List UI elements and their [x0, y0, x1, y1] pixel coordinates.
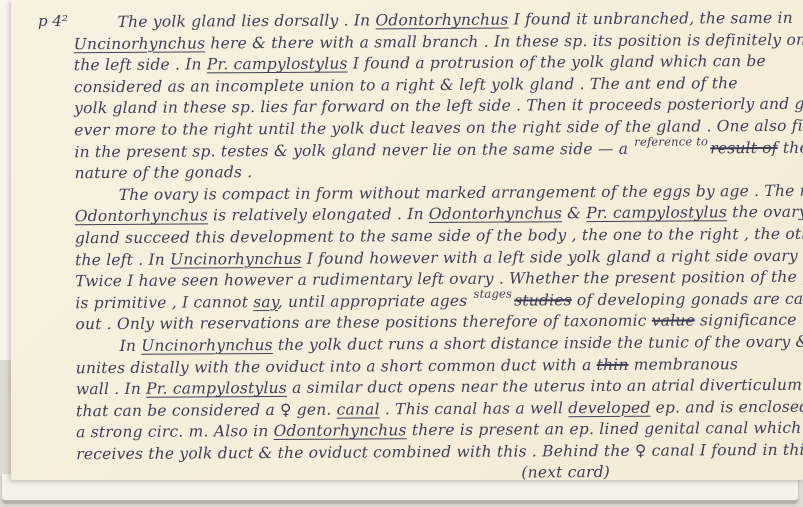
underlined-text: Uncinorhynchus [74, 34, 206, 53]
handwriting-text: here & there with a small branch . In th… [205, 30, 803, 52]
handwriting-text: the left . In [75, 250, 170, 269]
handwriting-text: the ovary & yolk [727, 203, 803, 222]
underlined-text: Odontorhynchus [375, 11, 508, 30]
handwriting-text: a similar duct opens near the uterus int… [287, 376, 802, 397]
handwritten-line: in the present sp. testes & yolk gland n… [74, 137, 798, 163]
underlined-text: Pr. campylostylus [586, 204, 727, 223]
handwriting-text: ep. and is enclosed in [650, 397, 803, 416]
handwriting-text: Twice I have seen however a rudimentary … [75, 268, 803, 291]
struck-out-word: value [652, 312, 695, 330]
underlined-text: Odontorhynchus [75, 207, 208, 226]
handwriting-text: significance . [695, 311, 803, 330]
underlined-text: Uncinorhynchus [141, 336, 273, 355]
handwriting-text: there is present an ep. lined genital ca… [407, 419, 803, 440]
next-card-note: (next card) [521, 463, 610, 482]
handwriting-text: The ovary is compact in form without mar… [119, 181, 803, 204]
handwriting-text: In [120, 337, 142, 355]
handwriting-text: of developing gonads are carried [572, 289, 803, 309]
handwriting-text: the fact of the unpaired [778, 137, 803, 156]
underlined-text: Odontorhynchus [429, 205, 562, 224]
struck-out-word: result of [710, 138, 778, 156]
handwriting-text: yolk gland in these sp. lies far forward… [74, 95, 803, 118]
handwriting-text: the yolk duct runs a short distance insi… [273, 333, 803, 354]
handwriting-text: I found it unbranched, the same in [508, 9, 792, 29]
underlined-text: developed [568, 398, 650, 417]
handwriting-text: . This canal has a well [380, 399, 569, 418]
handwriting-text: membranous [629, 355, 739, 374]
underlined-text: canal [337, 400, 380, 418]
handwriting-text: I found a protrusion of the yolk gland w… [348, 52, 766, 73]
inserted-correction: stages [473, 288, 512, 298]
struck-out-word: thin [597, 355, 629, 373]
handwriting-text: out . Only with reservations are these p… [75, 312, 651, 334]
handwriting-text: considered as an incomplete union to a r… [74, 74, 738, 96]
handwriting-text: a strong circ. m. Also in [76, 422, 274, 441]
underlined-text: Pr. campylostylus [146, 379, 287, 398]
struck-out-word: studies [514, 291, 572, 309]
handwriting-text: The yolk gland lies dorsally . In [118, 11, 376, 31]
handwriting-text: is primitive , I cannot [75, 293, 253, 312]
handwriting-text: the left side . In [74, 56, 207, 75]
handwriting-text: receives the yolk duct & the oviduct com… [76, 440, 803, 463]
inserted-correction: reference to [634, 136, 708, 146]
index-card: p 4² The yolk gland lies dorsally . In O… [11, 0, 803, 480]
handwriting-text: is relatively elongated . In [208, 205, 429, 224]
underlined-text: say [253, 293, 278, 311]
handwriting-text: wall . In [76, 380, 146, 398]
page-number: p 4² [38, 12, 68, 30]
underlined-text: Uncinorhynchus [170, 249, 302, 268]
handwritten-text-block: The yolk gland lies dorsally . In Odonto… [74, 8, 801, 487]
handwriting-text: nature of the gonads . [74, 163, 252, 182]
handwriting-text: that can be considered a ♀ gen. [76, 400, 337, 420]
handwriting-text: I found however with a left side yolk gl… [302, 246, 798, 267]
underlined-text: Odontorhynchus [274, 421, 407, 440]
handwriting-text: , until appropriate ages [278, 292, 473, 311]
handwriting-text: & [562, 204, 586, 222]
underlined-text: Pr. campylostylus [207, 55, 348, 74]
handwriting-text: unites distally with the oviduct into a … [76, 356, 597, 377]
handwriting-text: gland succeed this development to the sa… [75, 224, 803, 247]
handwriting-text: in the present sp. testes & yolk gland n… [74, 139, 633, 160]
